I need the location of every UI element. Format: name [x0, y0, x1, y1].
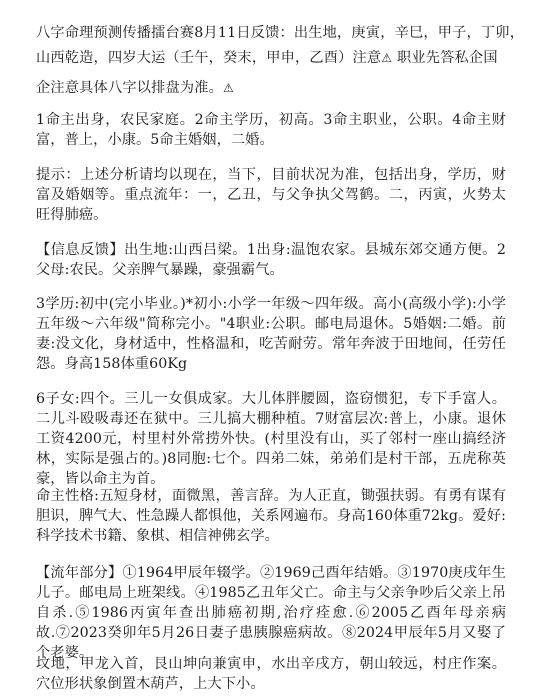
- header-line-3: 企注意具体八字以排盘为准。⚠: [36, 77, 234, 97]
- hint-paragraph: 提示：上述分析请均以现在，当下，目前状况为准，包括出身，学历，财富及婚姻等。重点…: [36, 165, 506, 225]
- header-line-1-text: 八字命理预测传播擂台赛8月11日反馈：出生地，庚寅，辛巳，甲子，丁卯，: [36, 25, 524, 41]
- questions-paragraph: 1命主出身，农民家庭。2命主学历，初高。3命主职业，公职。4命主财富，普上，小康…: [36, 110, 506, 150]
- header-line-2-text: 山西乾造，四岁大运（壬午，癸末，甲申，乙酉）注意: [36, 50, 381, 66]
- feedback-children-paragraph: 6子女:四个。三儿一女俱成家。大儿体胖腰圆，盗窃惯犯，专下手富人。二儿斗殴吸毒还…: [36, 389, 506, 489]
- warning-icon: ⚠: [381, 51, 392, 65]
- annual-events-paragraph: 【流年部分】①1964甲辰年辍学。②1969己酉年结婚。③1970庚戌年生儿子。…: [36, 563, 506, 663]
- feedback-personality-paragraph: 命主性格:五短身材，面微黑，善言辞。为人正直，锄强扶弱。有勇有谋有胆识，脾气大、…: [36, 486, 506, 546]
- header-line-1: 八字命理预测传播擂台赛8月11日反馈：出生地，庚寅，辛巳，甲子，丁卯，: [36, 22, 524, 42]
- grave-paragraph: 坟地，甲龙入首，艮山坤向兼寅申，水出辛戌方，朝山较远，村庄作案。穴位形状象倒置木…: [36, 654, 506, 694]
- feedback-education-paragraph: 3学历:初中(完小毕业。)*初小:小学一年级～四年级。高小(高级小学):小学五年…: [36, 294, 506, 374]
- header-line-2-tail: 职业先答私企国: [392, 50, 497, 66]
- header-line-3-text: 企注意具体八字以排盘为准。: [36, 80, 223, 96]
- feedback-birthplace-paragraph: 【信息反馈】出生地:山西吕梁。1出身:温饱农家。县城东郊交通方便。2父母:农民。…: [36, 240, 506, 280]
- warning-icon: ⚠: [223, 81, 234, 95]
- header-line-2: 山西乾造，四岁大运（壬午，癸末，甲申，乙酉）注意⚠ 职业先答私企国: [36, 47, 498, 67]
